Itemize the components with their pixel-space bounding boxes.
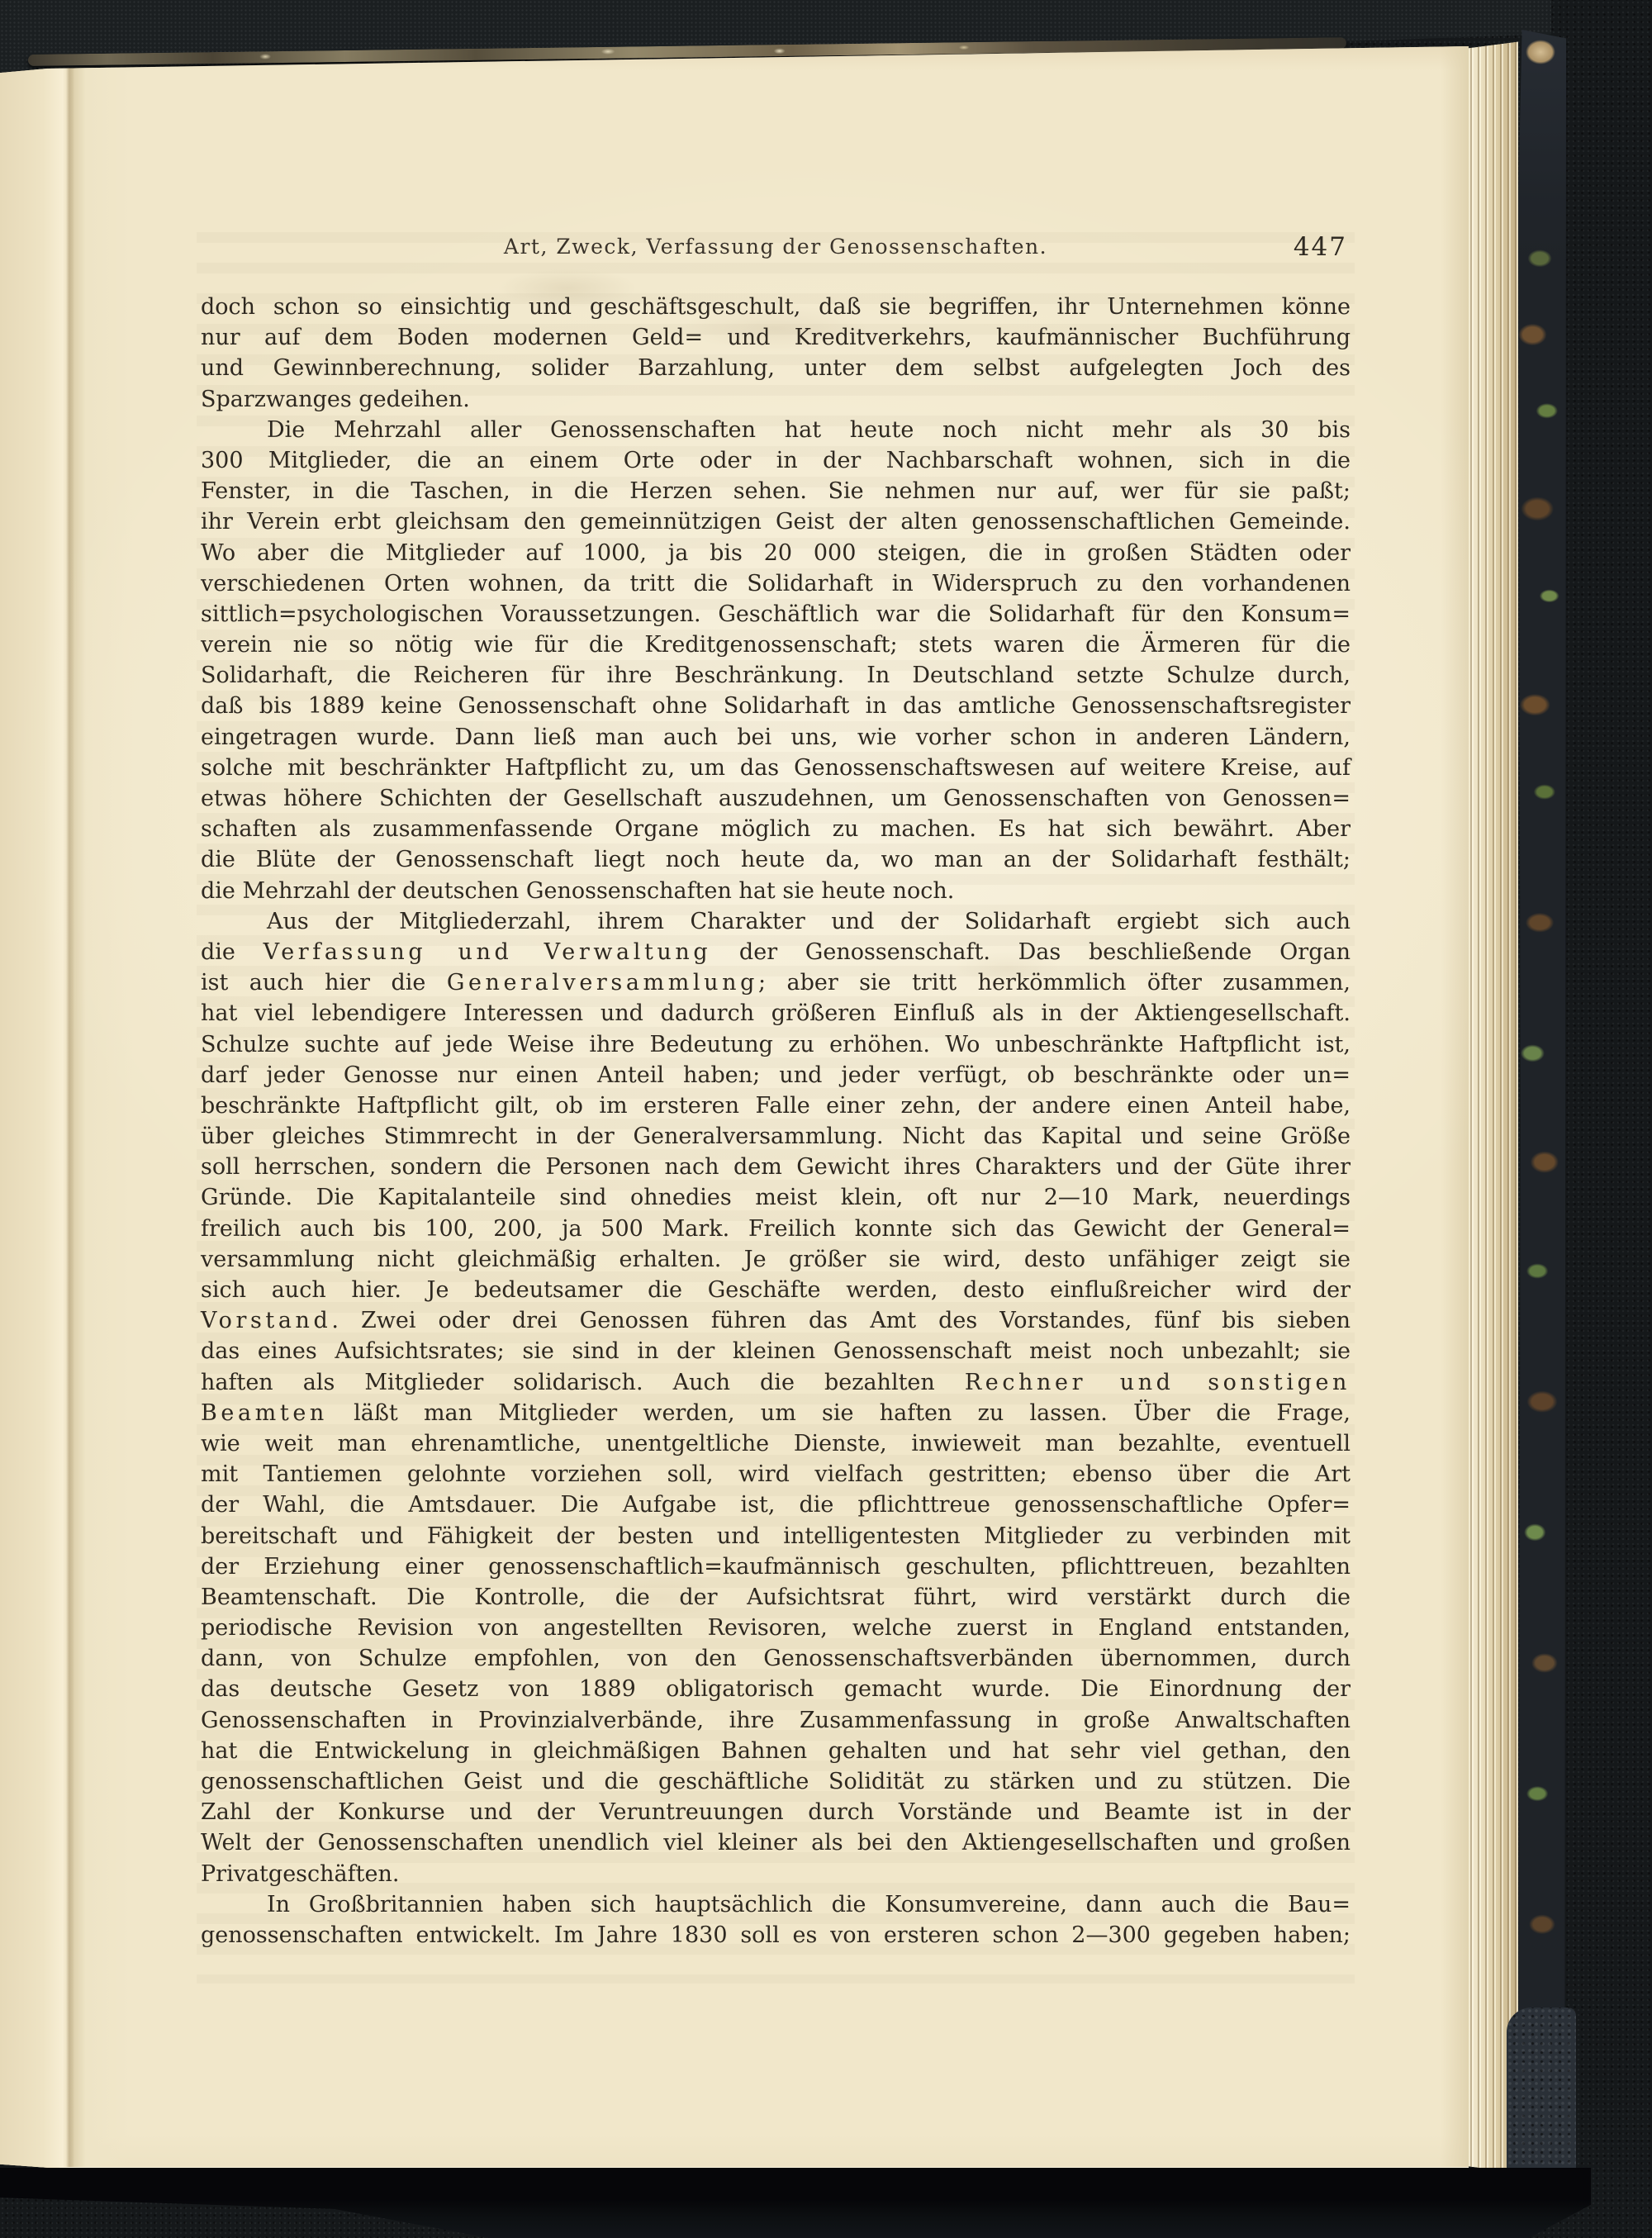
emphasized-text: Rechner und sonstigen (965, 1370, 1351, 1395)
text-line: der Erziehung einer genossenschaftlich=k… (201, 1551, 1351, 1582)
text-line: die Blüte der Genossenschaft liegt noch … (201, 844, 1351, 875)
marbled-cover-edge (1518, 30, 1566, 2207)
text-line: Sparzwanges gedeihen. (201, 384, 1351, 415)
worn-gilt-spot (1521, 36, 1559, 68)
text-line: 300 Mitglieder, die an einem Orte oder i… (201, 445, 1351, 476)
book-photo: Art, Zweck, Verfassung der Genossenschaf… (0, 0, 1652, 2238)
text-line: periodische Revision von angestellten Re… (201, 1613, 1351, 1643)
text-line: das deutsche Gesetz von 1889 obligatoris… (201, 1674, 1351, 1704)
running-header: Art, Zweck, Verfassung der Genossenschaf… (201, 230, 1351, 264)
running-header-title: Art, Zweck, Verfassung der Genossenschaf… (201, 230, 1351, 264)
text-line: dann, von Schulze empfohlen, von den Gen… (201, 1643, 1351, 1674)
text-line: bereitschaft und Fähigkeit der besten un… (201, 1521, 1351, 1551)
text-line: ist auch hier die Generalversammlung; ab… (201, 967, 1351, 998)
text-line: schaften als zusammenfassende Organe mög… (201, 814, 1351, 844)
text-line: Wo aber die Mitglieder auf 1000, ja bis … (201, 538, 1351, 568)
text-line: verschiedenen Orten wohnen, da tritt die… (201, 568, 1351, 599)
text-line: Schulze suchte auf jede Weise ihre Bedeu… (201, 1029, 1351, 1060)
text-line: verein nie so nötig wie für die Kreditge… (201, 630, 1351, 660)
page-number: 447 (1294, 230, 1347, 264)
text-line: Beamten läßt man Mitglieder werden, um s… (201, 1398, 1351, 1428)
text-line: Solidarhaft, die Reicheren für ihre Besc… (201, 660, 1351, 691)
text-line: die Mehrzahl der deutschen Genossenschaf… (201, 876, 1351, 906)
text-line: über gleiches Stimmrecht in der Generalv… (201, 1121, 1351, 1152)
text-line: sittlich=psychologischen Voraussetzungen… (201, 599, 1351, 630)
text-line: Gründe. Die Kapitalanteile sind ohnedies… (201, 1182, 1351, 1213)
book-page: Art, Zweck, Verfassung der Genossenschaf… (0, 46, 1469, 2173)
text-line: Welt der Genossenschaften unendlich viel… (201, 1827, 1351, 1858)
text-line: und Gewinnberechnung, solider Barzahlung… (201, 353, 1351, 383)
text-block: doch schon so einsichtig und geschäftsge… (201, 292, 1351, 1951)
text-line: Fenster, in die Taschen, in die Herzen s… (201, 476, 1351, 506)
page-stack-edges (1469, 40, 1518, 2173)
text-line: ihr Verein erbt gleichsam den gemeinnütz… (201, 506, 1351, 537)
text-line: freilich auch bis 100, 200, ja 500 Mark.… (201, 1214, 1351, 1244)
text-line: solche mit beschränkter Haftpflicht zu, … (201, 753, 1351, 783)
text-line: Beamtenschaft. Die Kontrolle, die der Au… (201, 1582, 1351, 1613)
text-line: haften als Mitglieder solidarisch. Auch … (201, 1367, 1351, 1398)
text-line: die Verfassung und Verwaltung der Genoss… (201, 937, 1351, 967)
text-line: Zahl der Konkurse und der Veruntreuungen… (201, 1797, 1351, 1827)
text-line: genossenschaftlichen Geist und die gesch… (201, 1766, 1351, 1797)
text-line: hat die Entwickelung in gleichmäßigen Ba… (201, 1736, 1351, 1766)
text-line: das eines Aufsichtsrates; sie sind in de… (201, 1336, 1351, 1366)
text-line: Vorstand. Zwei oder drei Genossen führen… (201, 1305, 1351, 1336)
text-line: nur auf dem Boden modernen Geld= und Kre… (201, 322, 1351, 353)
text-line: mit Tantiemen gelohnte vorziehen soll, w… (201, 1459, 1351, 1490)
text-line: daß bis 1889 keine Genossenschaft ohne S… (201, 691, 1351, 721)
text-line: Genossenschaften in Provinzialverbände, … (201, 1705, 1351, 1736)
emphasized-text: Generalversammlung (447, 970, 758, 995)
text-line: beschränkte Haftpflicht gilt, ob im erst… (201, 1090, 1351, 1121)
text-line: versammlung nicht gleichmäßig erhalten. … (201, 1244, 1351, 1275)
text-line: wie weit man ehrenamtliche, unentgeltlic… (201, 1428, 1351, 1459)
book-cover-bottom-shadow (0, 2168, 1591, 2238)
emphasized-text: Verfassung und Verwaltung (263, 939, 712, 965)
text-line: darf jeder Genosse nur einen Anteil habe… (201, 1060, 1351, 1090)
text-line: Aus der Mitgliederzahl, ihrem Charakter … (201, 906, 1351, 937)
text-line: In Großbritannien haben sich hauptsächli… (201, 1889, 1351, 1920)
text-line: hat viel lebendigere Interessen und dadu… (201, 998, 1351, 1029)
text-line: Die Mehrzahl aller Genossenschaften hat … (201, 415, 1351, 445)
text-line: der Wahl, die Amtsdauer. Die Aufgabe ist… (201, 1490, 1351, 1520)
text-line: soll herrschen, sondern die Personen nac… (201, 1152, 1351, 1182)
text-line: doch schon so einsichtig und geschäftsge… (201, 292, 1351, 322)
text-line: sich auch hier. Je bedeutsamer die Gesch… (201, 1275, 1351, 1305)
text-line: eingetragen wurde. Dann ließ man auch be… (201, 722, 1351, 753)
emphasized-text: Beamten (201, 1400, 328, 1426)
text-line: genossenschaften entwickelt. Im Jahre 18… (201, 1920, 1351, 1951)
emphasized-text: Vorstand (201, 1308, 331, 1333)
text-line: Privatgeschäften. (201, 1859, 1351, 1889)
text-line: etwas höhere Schichten der Gesellschaft … (201, 783, 1351, 814)
